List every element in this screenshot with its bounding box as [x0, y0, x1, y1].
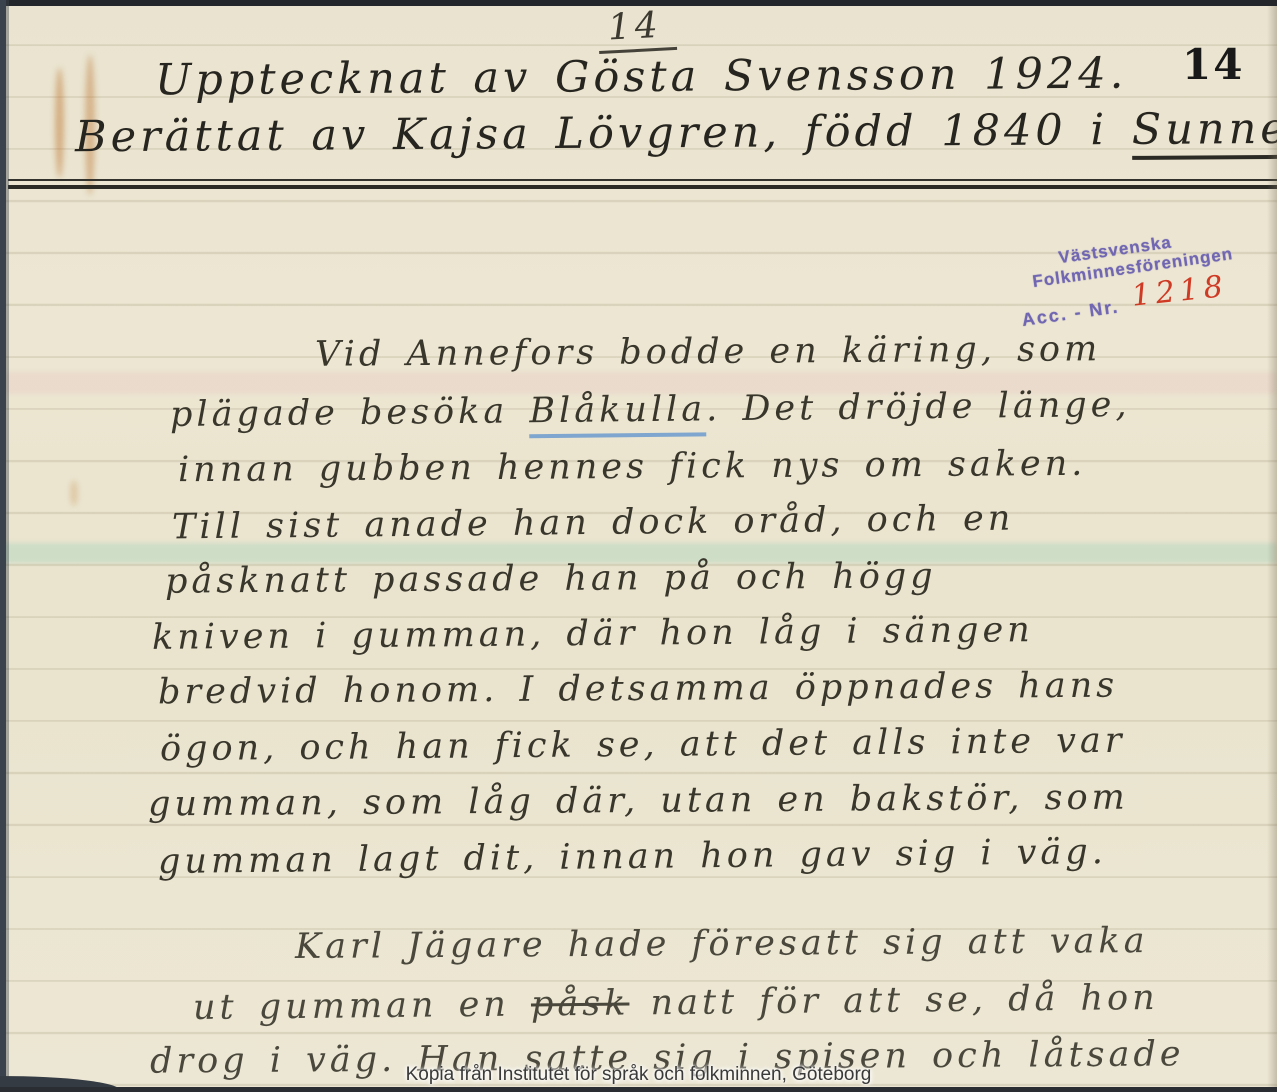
- handwritten-page-number: 14: [597, 4, 677, 54]
- header-told-by-text: Berättat av Kajsa Lövgren, född 1840 i: [75, 105, 1132, 162]
- line-text: ut gumman en: [193, 985, 531, 1029]
- scan-edge-top: [0, 0, 1277, 6]
- handwriting-line: påsknatt passade han på och högg: [165, 556, 937, 601]
- handwriting-line: innan gubben hennes fick nys om saken.: [178, 444, 1087, 490]
- blue-underlined-word: Blåkulla: [529, 389, 706, 438]
- handwriting-line: Karl Jägare hade föresatt sig att vaka: [295, 921, 1149, 967]
- header-line-recorded-by: Upptecknat av Gösta Svensson 1924.: [155, 49, 1128, 106]
- scan-edge-left: [0, 0, 9, 1092]
- handwriting-line: gumman, som låg där, utan en bakstör, so…: [148, 778, 1129, 825]
- printed-page-number: 14: [1182, 40, 1244, 89]
- handwriting-line: ögon, och han fick se, att det alls inte…: [160, 721, 1126, 769]
- header-line-told-by: Berättat av Kajsa Lövgren, född 1840 i S…: [75, 104, 1277, 163]
- line-text: plägade besöka: [170, 391, 530, 435]
- handwriting-line: bredvid honom. I detsamma öppnades hans: [158, 666, 1118, 713]
- double-rule-divider: [8, 179, 1277, 189]
- line-text: . Det dröjde länge,: [706, 385, 1131, 429]
- archive-copy-caption: Kopia från Institutet för språk och folk…: [0, 1064, 1277, 1086]
- rust-stain: [55, 68, 64, 178]
- handwriting-line: Vid Annefors bodde en käring, som: [315, 329, 1101, 374]
- rust-stain: [70, 480, 78, 506]
- struck-through-word: påsk: [531, 983, 630, 1024]
- scan-edge-bottom: [0, 1087, 1277, 1092]
- underlined-place-name: Sunne: [1132, 104, 1277, 160]
- manuscript-page: 14 14 Upptecknat av Gösta Svensson 1924.…: [0, 0, 1277, 1092]
- paper-right-edge-shadow: [1267, 0, 1277, 1092]
- handwriting-line: kniven i gumman, där hon låg i sängen: [152, 610, 1034, 658]
- line-text: natt för att se, då hon: [629, 978, 1159, 1024]
